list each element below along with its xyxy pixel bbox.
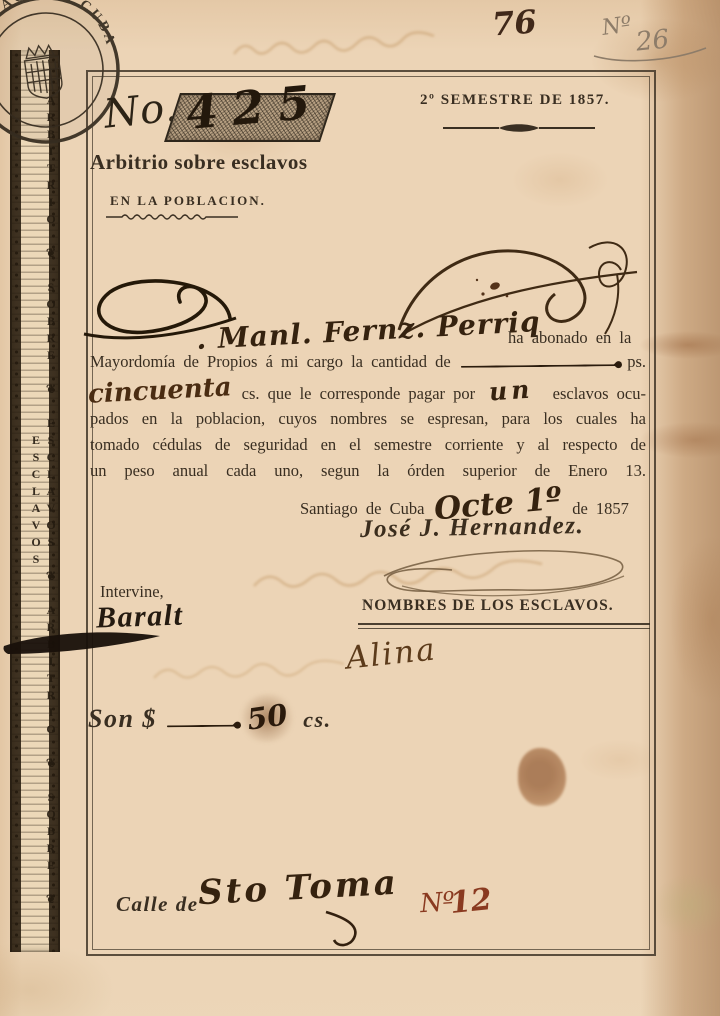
body-line1-right: ha abonado en la [508, 328, 631, 348]
top-number-annotation: 76 [491, 2, 538, 43]
body-line2-ps: ps. [627, 352, 646, 372]
document-subtitle: EN LA POBLACION. [110, 193, 266, 209]
body-paragraph: pados en la poblacion, cuyos nombres se … [90, 406, 646, 484]
street-label: Calle de [116, 892, 199, 917]
amount-dash [167, 725, 237, 728]
handwritten-dash [461, 364, 618, 368]
body-line6: un peso anual cada uno, segun la órden s… [90, 458, 646, 484]
amount-digits: 50 [245, 697, 290, 736]
ink-stain-blot [518, 748, 566, 806]
scanned-document-page: 76 Nº 26 ARBITRIO ❦ SOBRE ❦ ESCLAVOS ❦ A… [0, 0, 720, 1016]
names-heading: NOMBRES DE LOS ESCLAVOS. [362, 597, 614, 615]
heavy-ink-swash [0, 616, 180, 660]
semester-heading: 2º SEMESTRE DE 1857. [420, 92, 610, 109]
body-line2-text: Mayordomía de Propios á mi cargo la cant… [90, 352, 451, 372]
amount-label: Son $ [88, 704, 157, 734]
header-rule-ornament [443, 122, 595, 134]
amount-value-handwritten: 50 [245, 697, 290, 736]
wavy-rule [106, 212, 238, 222]
names-heading-rule [358, 623, 650, 629]
amount-word-handwritten: cincuenta [87, 372, 232, 409]
body-line3-right: esclavos ocu- [553, 384, 646, 404]
slave-count-handwritten: un [488, 374, 534, 406]
body-line2: Mayordomía de Propios á mi cargo la cant… [90, 352, 646, 372]
signature-flourish [372, 542, 638, 604]
body-line3: cincuenta cs. que le corresponde pagar p… [88, 376, 646, 406]
ornamental-border-strip: ARBITRIO ❦ SOBRE ❦ ESCLAVOS ❦ ARBITRIO ❦… [10, 50, 60, 952]
top-no-label-annotation: Nº [600, 12, 633, 41]
house-number-value: 12 [448, 882, 493, 921]
ghost-writing [230, 24, 440, 68]
body-line4: pados en la poblacion, cuyos nombres se … [90, 406, 646, 432]
body-line5: tomado cédulas de seguridad en el semest… [90, 432, 646, 458]
amount-unit: cs. [303, 707, 331, 733]
pencil-underline-flourish [592, 46, 710, 68]
document-title: Arbitrio sobre esclavos [90, 150, 308, 175]
border-strip-lettering: ARBITRIO ❦ SOBRE ❦ ESCLAVOS ❦ ARBITRIO ❦… [12, 50, 58, 952]
body-line3-mid: cs. que le corresponde pagar por [242, 384, 476, 404]
signature-name: José J. Hernandez. [360, 512, 585, 544]
street-flourish [320, 908, 366, 952]
amount-line: Son $ 50 cs. [88, 700, 338, 734]
